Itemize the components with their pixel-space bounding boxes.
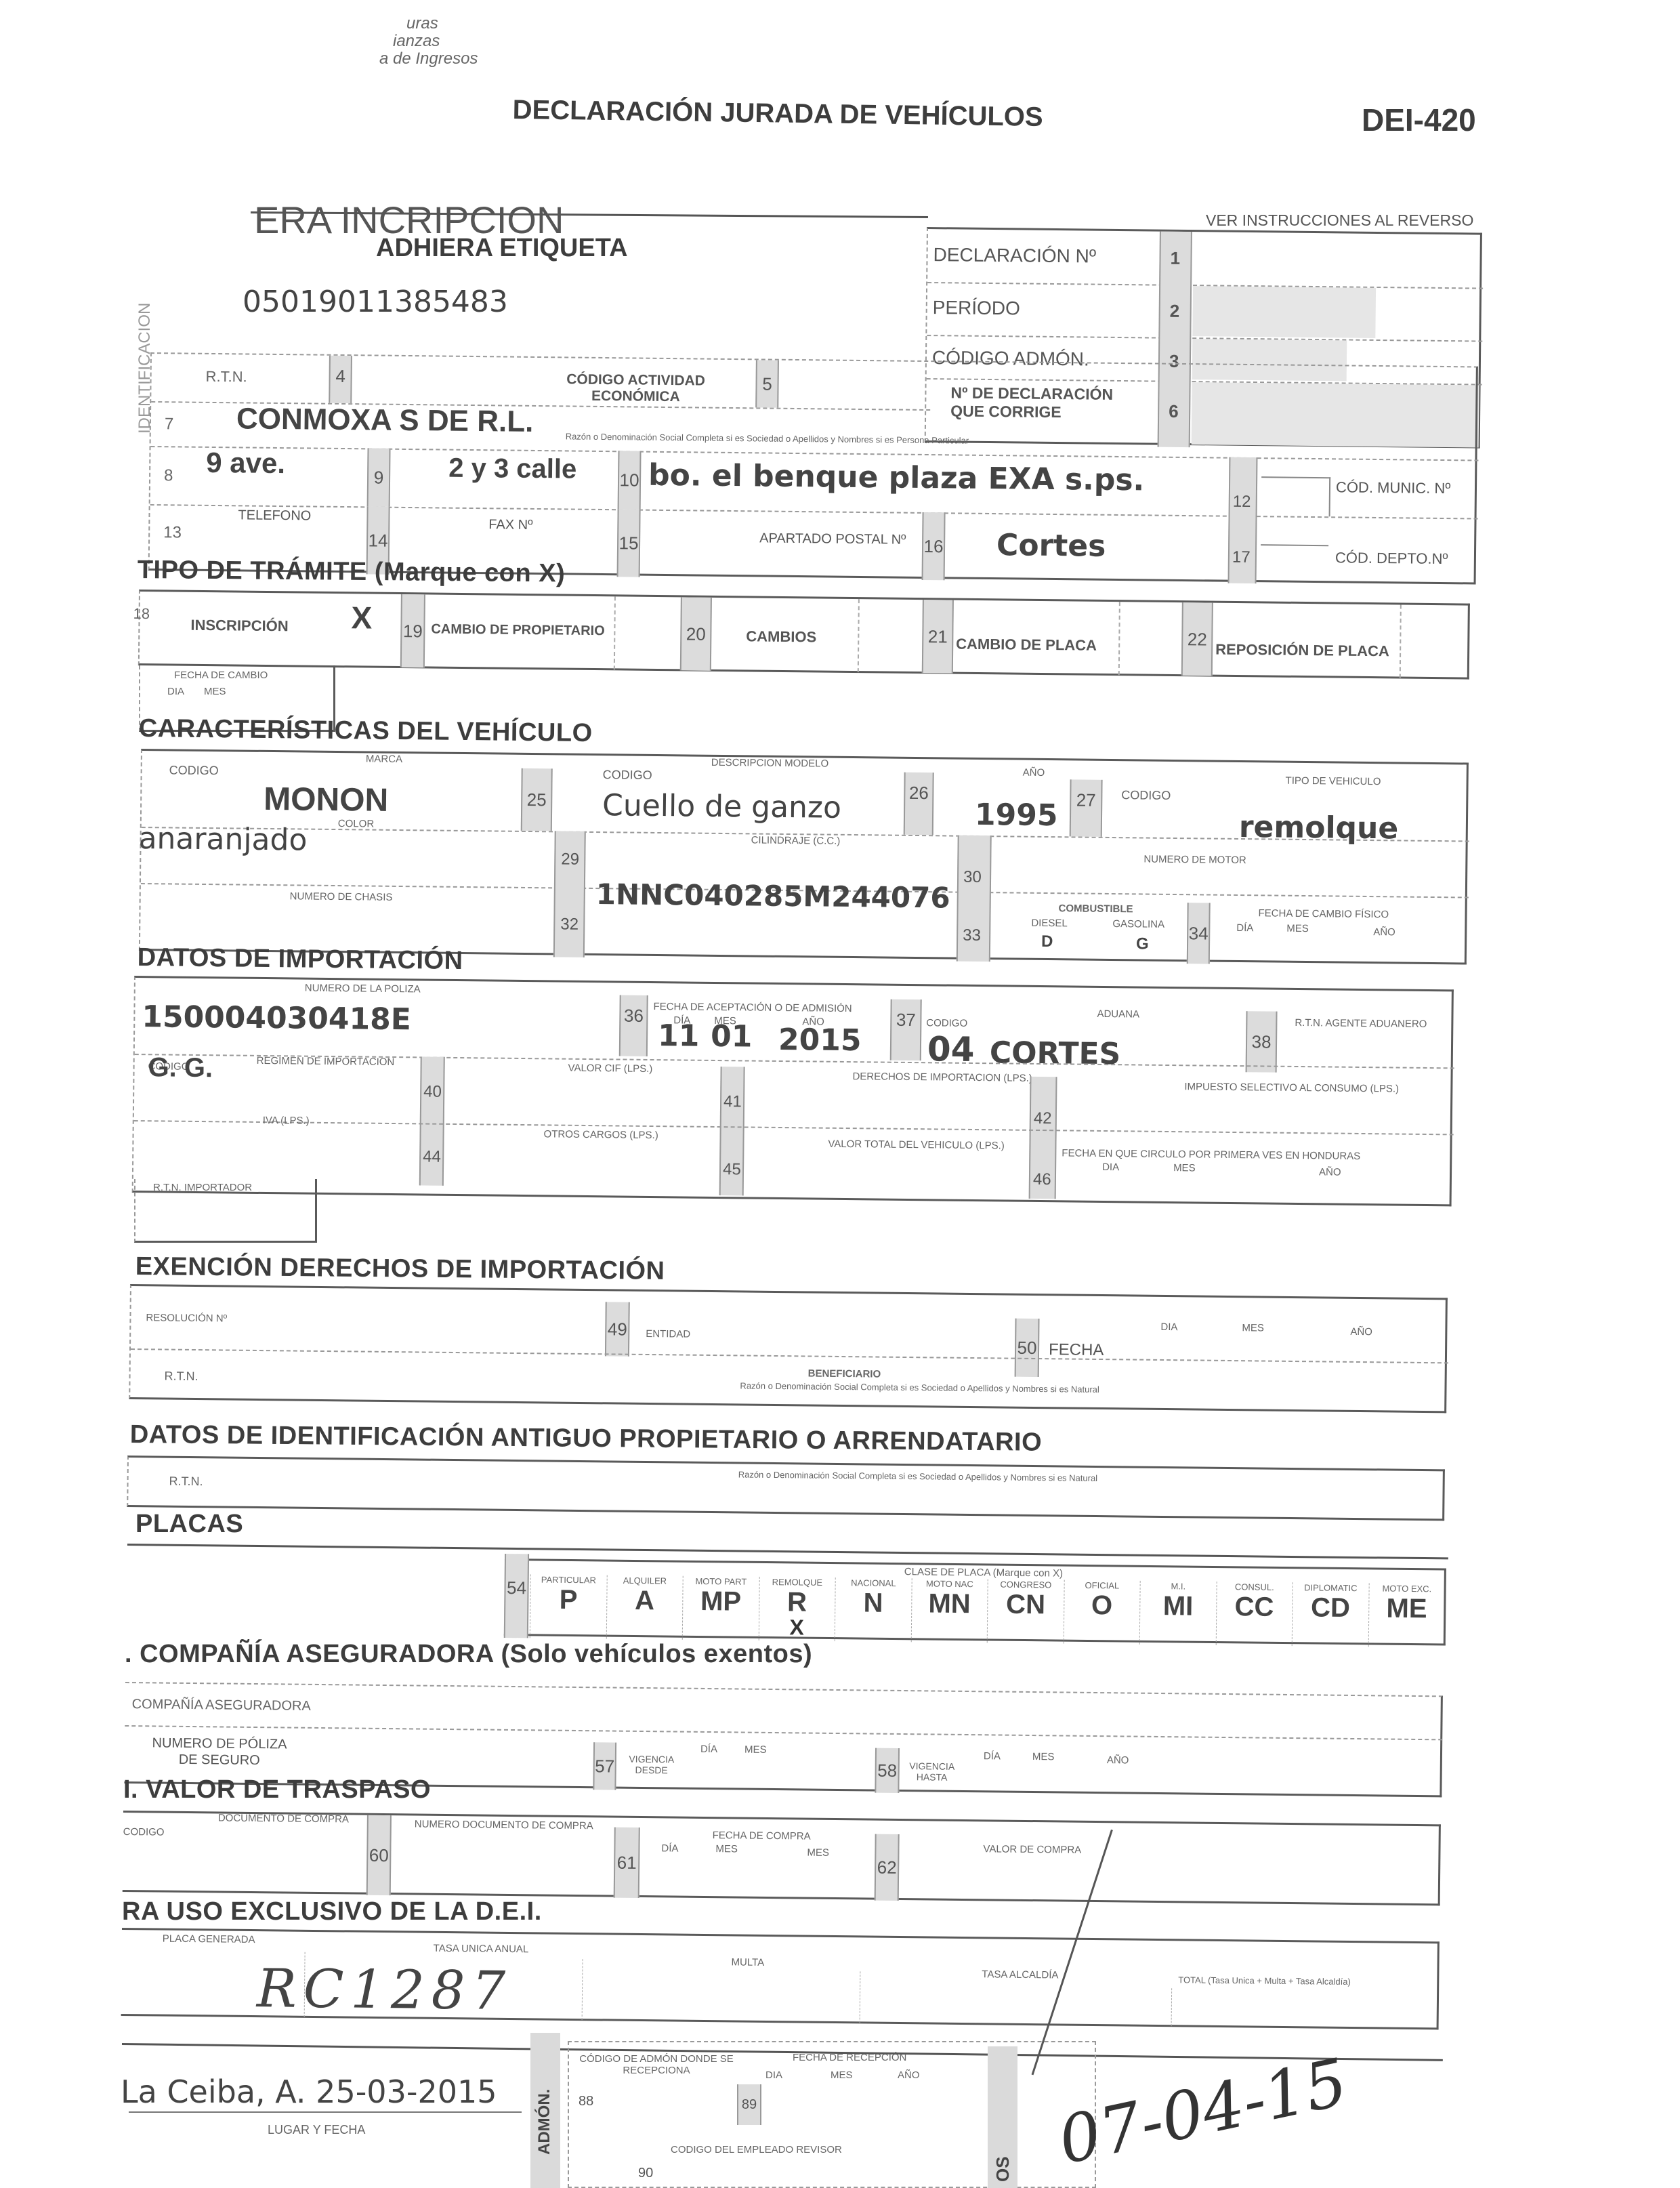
- section-previous-owner-title: DATOS DE IDENTIFICACIÓN ANTIGUO PROPIETA…: [130, 1420, 1043, 1458]
- fax-num: 14: [368, 530, 387, 550]
- previous-owner-box: R.T.N. Razón o Denominación Social Compl…: [127, 1456, 1445, 1521]
- identification-box: R.T.N. 4 CÓDIGO ACTIVIDAD ECONÓMICA 5 7 …: [148, 352, 1478, 585]
- procedure-20-num: 20: [686, 623, 706, 644]
- regime-value[interactable]: G. G.: [148, 1052, 213, 1083]
- place-and-date[interactable]: La Ceiba, A. 25-03-2015: [121, 2073, 497, 2110]
- exemption-rtn-label: R.T.N.: [164, 1369, 198, 1384]
- import-box: NUMERO DE LA POLIZA 150004030418E 36 FEC…: [132, 976, 1454, 1206]
- phone-num: 13: [163, 523, 182, 542]
- exemption-date-field[interactable]: [1127, 1334, 1446, 1378]
- previous-owner-rtn-label: R.T.N.: [169, 1474, 203, 1489]
- purchase-doc-label: DOCUMENTO DE COMPRA: [218, 1812, 349, 1825]
- model-code-label: CODIGO: [603, 768, 652, 783]
- other-charges-num: 44: [423, 1147, 441, 1166]
- engine-label: NUMERO DE MOTOR: [1143, 854, 1246, 867]
- acceptance-day[interactable]: 11: [658, 1018, 700, 1054]
- dept-code-label: CÓD. DEPTO.Nº: [1335, 549, 1448, 568]
- duties-num: 41: [723, 1092, 742, 1111]
- address-street[interactable]: 9 ave.: [206, 447, 285, 480]
- plate-class-nacional[interactable]: NACIONALN: [835, 1577, 911, 1642]
- munic-code-field[interactable]: [1261, 476, 1331, 516]
- purchase-value-label: VALOR DE COMPRA: [983, 1843, 1081, 1856]
- year-num: 26: [909, 783, 929, 803]
- procedure-19-num: 19: [403, 621, 423, 641]
- reception-admin-code-num: 88: [579, 2094, 593, 2109]
- importer-rtn-box: R.T.N. IMPORTADOR: [134, 1179, 317, 1243]
- engine-field[interactable]: [994, 868, 1462, 907]
- customs-name[interactable]: CORTES: [990, 1035, 1121, 1071]
- instructions-note: VER INSTRUCCIONES AL REVERSO: [1206, 211, 1473, 230]
- type-num: 27: [1076, 789, 1096, 810]
- color-value[interactable]: anaranjado: [138, 821, 307, 858]
- postal-field[interactable]: [642, 511, 920, 579]
- reviewer-code-field[interactable]: [657, 2159, 854, 2186]
- engine-num: 30: [963, 868, 982, 887]
- diesel-label: DIESEL: [1031, 917, 1068, 930]
- right-side-label: OS: [992, 2156, 1013, 2182]
- plate-class-alquiler[interactable]: ALQUILERA: [606, 1575, 682, 1640]
- procedure-owner-change-label: CAMBIO DE PROPIETARIO: [431, 622, 605, 640]
- procedure-plate-change-label: CAMBIO DE PLACA: [956, 636, 1097, 655]
- plate-class-grid: PARTICULARP ALQUILERA MOTO PARTMP REMOLQ…: [530, 1574, 1445, 1647]
- purchase-date-month2-label: MES: [807, 1847, 829, 1859]
- acceptance-month[interactable]: 01: [711, 1019, 753, 1054]
- iva-field[interactable]: [140, 1128, 415, 1178]
- purchase-doc-field[interactable]: [136, 1840, 367, 1894]
- entity-num: 49: [608, 1319, 627, 1339]
- brand-label: MARCA: [366, 753, 402, 765]
- plate-class-particular[interactable]: PARTICULARP: [530, 1574, 606, 1638]
- rtn-num: 4: [335, 366, 345, 386]
- previous-owner-name-hint: Razón o Denominación Social Completa si …: [738, 1469, 1098, 1483]
- period-label: PERÍODO: [933, 297, 1020, 319]
- doc-number-field[interactable]: [394, 1834, 611, 1896]
- cc-num: 29: [561, 850, 579, 869]
- cif-num: 40: [423, 1082, 442, 1101]
- cif-field[interactable]: [447, 1076, 719, 1126]
- activity-code-field[interactable]: [781, 360, 924, 409]
- period-field[interactable]: [1192, 286, 1376, 338]
- address-house-num: 9: [374, 467, 384, 487]
- coverage-to-field[interactable]: [964, 1765, 1438, 1797]
- change-date-day-label: DIA: [167, 686, 184, 697]
- purchase-date-day-label: DÍA: [661, 1842, 678, 1854]
- plates-num: 54: [507, 1577, 526, 1598]
- coverage-from-day-label: DÍA: [700, 1743, 717, 1755]
- policy-number-label: NUMERO DE LA POLIZA: [305, 983, 421, 995]
- dei-use-box: PLACA GENERADA RC1287 TASA UNICA ANUAL M…: [121, 1928, 1440, 2029]
- beneficiary-label: BENEFICIARIO: [808, 1367, 881, 1380]
- section-plates-title: PLACAS: [135, 1510, 243, 1539]
- year-value[interactable]: 1995: [975, 798, 1058, 833]
- excise-num: 42: [1034, 1109, 1052, 1128]
- procedure-changes-checkbox[interactable]: [858, 599, 921, 673]
- coverage-from-month-label: MES: [744, 1744, 767, 1756]
- plate-class-remolque[interactable]: REMOLQUERX: [758, 1577, 835, 1641]
- model-label: DESCRIPCION MODELO: [711, 757, 829, 770]
- previous-owner-name-field[interactable]: [507, 1479, 1442, 1520]
- entity-field[interactable]: [707, 1303, 1012, 1361]
- cc-label: CILINDRAJE (C.C.): [751, 834, 841, 846]
- procedure-21-num: 21: [928, 626, 948, 646]
- plate-class-moto-exc[interactable]: MOTO EXC.ME: [1368, 1583, 1444, 1647]
- purchase-date-label: FECHA DE COMPRA: [713, 1830, 811, 1842]
- procedure-inscripcion-label: INSCRIPCIÓN: [190, 617, 289, 636]
- total-fee-label: TOTAL (Tasa Unica + Multa + Tasa Alcaldí…: [1178, 1975, 1351, 1987]
- purchase-doc-code-label: CODIGO: [123, 1826, 165, 1838]
- total-value-field[interactable]: [747, 1153, 1026, 1195]
- address-neighborhood-num: 10: [619, 470, 639, 490]
- type-value[interactable]: remolque: [1239, 810, 1399, 846]
- activity-code-num: 5: [762, 373, 772, 394]
- form-title: DECLARACIÓN JURADA DE VEHÍCULOS: [512, 95, 1043, 133]
- coverage-from-num: 57: [595, 1756, 614, 1776]
- declaration-number-field[interactable]: [1193, 232, 1481, 286]
- section-vehicle-title: CARACTERÍSTICAS DEL VEHÍCULO: [139, 714, 593, 748]
- purchase-value-field[interactable]: [902, 1859, 1437, 1905]
- handwritten-date-note: 07-04-15: [1052, 2044, 1353, 2179]
- declaration-number-label: DECLARACIÓN Nº: [933, 244, 1096, 268]
- fine-field[interactable]: [582, 1959, 854, 2023]
- fuel-diesel-option[interactable]: D: [1041, 932, 1053, 951]
- exemption-year-label: AÑO: [1350, 1326, 1372, 1338]
- activity-code-label: CÓDIGO ACTIVIDAD ECONÓMICA: [558, 371, 713, 405]
- importer-rtn-field[interactable]: [142, 1197, 312, 1239]
- acceptance-label: FECHA DE ACEPTACIÓN O DE ADMISIÓN: [653, 1001, 852, 1014]
- reception-day-label: DIA: [765, 2069, 782, 2081]
- gasoline-label: GASOLINA: [1112, 918, 1164, 930]
- reception-year-label: AÑO: [898, 2069, 920, 2081]
- form-code: DEI-420: [1362, 102, 1476, 138]
- purchase-date-field[interactable]: [642, 1857, 873, 1899]
- excise-label: IMPUESTO SELECTIVO AL CONSUMO (LPS.): [1184, 1081, 1399, 1094]
- policy-number-value[interactable]: 150004030418E: [142, 999, 411, 1037]
- physical-change-date-field[interactable]: [1212, 937, 1463, 966]
- admin-side-label: ADMÓN.: [535, 2089, 554, 2155]
- section-procedure-title: TIPO DE TRÁMITE (Marque con X): [138, 556, 566, 589]
- plate-class-moto-nac[interactable]: MOTO NACMN: [910, 1578, 987, 1643]
- physical-change-year-label: AÑO: [1373, 926, 1395, 938]
- year-label: AÑO: [1023, 767, 1045, 779]
- reviewer-code-label: CODIGO DEL EMPLEADO REVISOR: [671, 2144, 842, 2155]
- purchase-value-num: 62: [877, 1857, 897, 1878]
- plate-class-consul[interactable]: CONSUL.CC: [1215, 1582, 1292, 1646]
- resolution-label: RESOLUCIÓN Nº: [146, 1312, 227, 1324]
- section-insurance-title: . COMPAÑÍA ASEGURADORA (Solo vehículos e…: [125, 1640, 812, 1669]
- chassis-value[interactable]: 1NNC040285M244076: [596, 878, 950, 914]
- agency-header: uras ianzas a de Ingresos: [379, 15, 478, 68]
- agent-rtn-num: 38: [1251, 1031, 1271, 1052]
- sticker-number: 05019011385483: [243, 285, 508, 319]
- postal-num: 15: [618, 533, 638, 553]
- munic-code-num: 12: [1233, 493, 1251, 512]
- section-import-title: DATOS DE IMPORTACIÓN: [138, 943, 463, 976]
- annual-fee-field[interactable]: [304, 1952, 576, 2020]
- physical-change-month-label: MES: [1286, 923, 1309, 934]
- dept-code-num: 17: [1232, 548, 1251, 567]
- acceptance-num: 36: [624, 1006, 644, 1026]
- type-label: TIPO DE VEHICULO: [1286, 775, 1381, 787]
- model-value[interactable]: Cuello de ganzo: [602, 788, 841, 825]
- fuel-num: 33: [963, 926, 981, 945]
- cif-label: VALOR CIF (LPS.): [568, 1062, 653, 1075]
- customs-code-label: CODIGO: [926, 1017, 967, 1029]
- resolution-field[interactable]: [261, 1287, 600, 1352]
- exemption-month-label: MES: [1242, 1322, 1264, 1334]
- place-and-date-label: LUGAR Y FECHA: [268, 2123, 365, 2137]
- department-num: 16: [923, 536, 943, 556]
- type-code-label: CODIGO: [1121, 788, 1171, 803]
- address-house[interactable]: 2 y 3 calle: [448, 453, 577, 485]
- coverage-from-label: VIGENCIA DESDE: [625, 1754, 679, 1776]
- plate-class-oficial[interactable]: OFICIALO: [1063, 1580, 1139, 1645]
- purchase-date-month-label: MES: [715, 1843, 738, 1855]
- total-value-label: VALOR TOTAL DEL VEHICULO (LPS.): [828, 1138, 1005, 1152]
- doc-number-label: NUMERO DOCUMENTO DE COMPRA: [415, 1819, 593, 1832]
- chassis-label: NUMERO DE CHASIS: [290, 890, 393, 903]
- municipal-fee-field[interactable]: [860, 1971, 1166, 2026]
- physical-change-label: FECHA DE CAMBIO FÍSICO: [1258, 907, 1389, 920]
- chassis-num: 32: [560, 915, 579, 934]
- customs-label: ADUANA: [1097, 1008, 1139, 1020]
- purchase-date-num: 61: [617, 1853, 637, 1873]
- agency-line-2: ianzas: [379, 33, 478, 50]
- fuel-gasoline-option[interactable]: G: [1136, 934, 1149, 953]
- section-dei-use-title: RA USO EXCLUSIVO DE LA D.E.I.: [122, 1897, 542, 1926]
- coverage-to-num: 58: [877, 1760, 897, 1781]
- insurance-policy-label: NUMERO DE PÓLIZA DE SEGURO: [152, 1735, 287, 1769]
- reception-month-label: MES: [831, 2069, 853, 2081]
- exemption-rtn-field[interactable]: [225, 1355, 415, 1400]
- reviewer-code-num: 90: [638, 2166, 653, 2181]
- acceptance-year[interactable]: 2015: [778, 1023, 862, 1058]
- agent-rtn-label: R.T.N. AGENTE ADUANERO: [1295, 1017, 1427, 1030]
- first-circulation-month-label: MES: [1173, 1162, 1196, 1174]
- address-neighborhood[interactable]: bo. el benque plaza EXA s.ps.: [648, 458, 1145, 498]
- previous-owner-rtn-field[interactable]: [223, 1458, 495, 1510]
- brand-value[interactable]: MONON: [264, 781, 389, 819]
- reception-admin-code-field[interactable]: [596, 2086, 732, 2126]
- change-date-month-label: MES: [204, 686, 226, 697]
- first-circulation-num: 46: [1033, 1170, 1051, 1189]
- plate-class-label: CLASE DE PLACA (Marque con X): [904, 1566, 1063, 1579]
- entity-label: ENTIDAD: [646, 1328, 690, 1340]
- plate-class-remolque-mark: X: [759, 1615, 835, 1640]
- coverage-to-year-label: AÑO: [1107, 1754, 1129, 1766]
- total-value-num: 45: [723, 1160, 741, 1179]
- importer-rtn-label: R.T.N. IMPORTADOR: [153, 1182, 252, 1193]
- first-circulation-year-label: AÑO: [1319, 1166, 1341, 1178]
- total-fee-field[interactable]: [1171, 1988, 1437, 2029]
- munic-code-label: CÓD. MUNIC. Nº: [1336, 478, 1451, 497]
- reception-date-num: 89: [742, 2097, 757, 2112]
- agency-line-1: uras: [379, 15, 478, 33]
- plate-class-box: 54 CLASE DE PLACA (Marque con X) PARTICU…: [504, 1559, 1446, 1646]
- address-street-num: 8: [164, 466, 173, 485]
- reception-date-field[interactable]: [764, 2084, 967, 2125]
- insurance-company-label: COMPAÑÍA ASEGURADORA: [132, 1697, 311, 1714]
- color-label: COLOR: [338, 818, 375, 830]
- regime-label: REGIMEN DE IMPORTACION: [257, 1055, 395, 1068]
- procedure-inscripcion-mark[interactable]: X: [351, 599, 372, 636]
- first-circulation-label: FECHA EN QUE CIRCULO POR PRIMERA VES EN …: [1062, 1147, 1360, 1162]
- coverage-from-field[interactable]: [679, 1757, 869, 1790]
- generated-plate-label: PLACA GENERADA: [163, 1933, 255, 1945]
- change-date-label: FECHA DE CAMBIO: [174, 669, 268, 681]
- exemption-day-label: DIA: [1160, 1321, 1177, 1333]
- physical-change-num: 34: [1189, 923, 1209, 943]
- department-name[interactable]: Cortes: [996, 528, 1106, 564]
- procedure-22-num: 22: [1188, 629, 1207, 649]
- procedure-box: 18 INSCRIPCIÓN X 19 CAMBIO DE PROPIETARI…: [138, 590, 1470, 680]
- plate-class-mi[interactable]: M.I.MI: [1139, 1581, 1216, 1645]
- name-hint: Razón o Denominación Social Completa si …: [566, 431, 969, 445]
- exemption-date-label: FECHA: [1049, 1340, 1104, 1360]
- agency-line-3: a de Ingresos: [379, 50, 478, 68]
- first-circulation-date-field[interactable]: [1060, 1177, 1446, 1204]
- plate-class-congreso[interactable]: CONGRESOCN: [987, 1579, 1064, 1643]
- brand-code-label: CODIGO: [169, 763, 219, 778]
- vehicle-box: MARCA CODIGO MONON 25 DESCRIPCION MODELO…: [139, 749, 1469, 965]
- procedure-changes-label: CAMBIOS: [746, 627, 816, 646]
- section-exemption-title: EXENCIÓN DERECHOS DE IMPORTACIÓN: [135, 1252, 665, 1286]
- reception-date-label: FECHA DE RECEPCIÓN: [793, 2052, 906, 2063]
- procedure-plate-replacement-checkbox[interactable]: [1400, 604, 1469, 678]
- fuel-label: COMBUSTIBLE: [1059, 903, 1133, 915]
- coverage-to-day-label: DÍA: [984, 1750, 1001, 1762]
- plate-class-moto-part[interactable]: MOTO PARTMP: [682, 1576, 759, 1640]
- sticker-label: ADHIERA ETIQUETA: [376, 234, 628, 263]
- model-num: 25: [527, 789, 547, 810]
- name-num: 7: [165, 415, 174, 434]
- transfer-box: DOCUMENTO DE COMPRA CODIGO 60 NUMERO DOC…: [123, 1811, 1441, 1905]
- duties-label: DERECHOS DE IMPORTACION (LPS.): [852, 1071, 1032, 1084]
- plate-class-diplomatic[interactable]: DIPLOMATICCD: [1292, 1582, 1368, 1647]
- procedure-plate-change-checkbox[interactable]: [1118, 602, 1181, 676]
- exemption-box: RESOLUCIÓN Nº 49 ENTIDAD 50 FECHA DIA ME…: [129, 1284, 1448, 1413]
- coverage-to-month-label: MES: [1032, 1751, 1055, 1762]
- doc-number-num: 60: [369, 1845, 389, 1865]
- first-circulation-day-label: DIA: [1102, 1161, 1119, 1173]
- company-name[interactable]: CONMOXA S DE R.L.: [236, 402, 534, 439]
- customs-num: 37: [896, 1010, 916, 1030]
- section-transfer-title: I. VALOR DE TRASPASO: [123, 1775, 431, 1804]
- coverage-to-label: VIGENCIA HASTA: [905, 1760, 959, 1783]
- procedure-plate-replacement-label: REPOSICIÓN DE PLACA: [1215, 641, 1389, 661]
- rtn-label: R.T.N.: [205, 368, 247, 386]
- period-num: 2: [1170, 301, 1180, 322]
- other-charges-field[interactable]: [446, 1142, 718, 1187]
- iva-label: IVA (LPS.): [263, 1115, 310, 1127]
- other-charges-label: OTROS CARGOS (LPS.): [543, 1128, 658, 1141]
- reception-admin-code-label: CÓDIGO DE ADMÓN DONDE SE RECEPCIONA: [579, 2053, 734, 2076]
- physical-change-day-label: DÍA: [1236, 922, 1253, 934]
- declaration-number-num: 1: [1170, 248, 1180, 269]
- procedure-18-num: 18: [133, 605, 150, 623]
- dept-code-field[interactable]: [1261, 544, 1329, 584]
- exemption-date-num: 50: [1017, 1338, 1036, 1358]
- procedure-owner-change-checkbox[interactable]: [614, 596, 677, 670]
